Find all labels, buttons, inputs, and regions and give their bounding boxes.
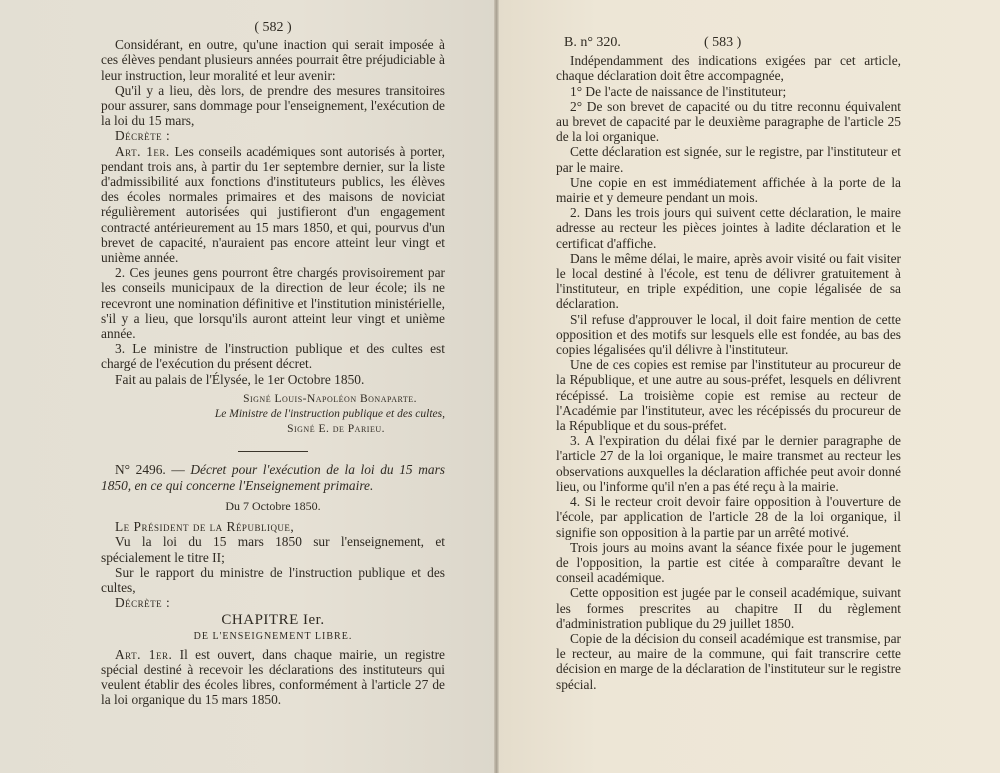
paragraph: 3. A l'expiration du délai fixé par le d… <box>556 433 901 494</box>
left-page: ( 582 ) Considérant, en outre, qu'une in… <box>0 0 497 773</box>
article-label: Art. 1er. <box>115 144 170 159</box>
paragraph: Qu'il y a lieu, dès lors, de prendre des… <box>101 83 445 129</box>
paragraph: S'il refuse d'approuver le local, il doi… <box>556 312 901 358</box>
left-text-column: ( 582 ) Considérant, en outre, qu'une in… <box>101 20 445 708</box>
decrete-heading-2: Décrète : <box>101 595 445 610</box>
article-3: 3. Le ministre de l'instruction publique… <box>101 341 445 371</box>
paragraph: Une copie en est immédiatement affichée … <box>556 175 901 205</box>
article-text: Les conseils académiques sont autorisés … <box>101 144 445 265</box>
fait-line: Fait au palais de l'Élysée, le 1er Octob… <box>101 372 445 387</box>
decrete-heading: Décrète : <box>101 128 445 143</box>
signature-minister-title: Le Ministre de l'instruction publique et… <box>101 407 445 422</box>
page-header-right: B. n° 320. ( 583 ) <box>556 35 901 50</box>
vu-line: Vu la loi du 15 mars 1850 sur l'enseigne… <box>101 534 445 564</box>
page-number-left: ( 582 ) <box>101 20 445 35</box>
president-line: Le Président de la République, <box>101 519 445 534</box>
page-number-right: ( 583 ) <box>704 35 741 50</box>
paragraph: 2. Dans les trois jours qui suivent cett… <box>556 205 901 251</box>
book-gutter <box>494 0 499 773</box>
chapter-title: CHAPITRE Ier. <box>101 613 445 628</box>
article-1: Art. 1er. Les conseils académiques sont … <box>101 144 445 266</box>
article-2: 2. Ces jeunes gens pourront être chargés… <box>101 265 445 341</box>
paragraph: 2° De son brevet de capacité ou du titre… <box>556 99 901 145</box>
paragraph: 1° De l'acte de naissance de l'institute… <box>556 84 901 99</box>
chapter-subtitle: DE L'ENSEIGNEMENT LIBRE. <box>101 629 445 644</box>
bulletin-number: B. n° 320. <box>556 35 704 50</box>
signature-minister: Signé E. de Parieu. <box>101 422 445 437</box>
paragraph: Une de ces copies est remise par l'insti… <box>556 357 901 433</box>
paragraph: Trois jours au moins avant la séance fix… <box>556 540 901 586</box>
signature-president: Signé Louis-Napoléon Bonaparte. <box>101 392 445 407</box>
paragraph: 4. Si le recteur croit devoir faire oppo… <box>556 494 901 540</box>
right-page: B. n° 320. ( 583 ) Indépendamment des in… <box>497 0 1000 773</box>
paragraph: Indépendamment des indications exigées p… <box>556 53 901 83</box>
paragraph: Copie de la décision du conseil académiq… <box>556 631 901 692</box>
article-label: Art. 1er. <box>115 647 172 662</box>
chapter-article-1: Art. 1er. Il est ouvert, dans chaque mai… <box>101 647 445 708</box>
decree-date: Du 7 Octobre 1850. <box>101 499 445 514</box>
sur-line: Sur le rapport du ministre de l'instruct… <box>101 565 445 595</box>
paragraph: Dans le même délai, le maire, après avoi… <box>556 251 901 312</box>
divider-rule <box>238 451 308 452</box>
paragraph: Cette opposition est jugée par le consei… <box>556 585 901 631</box>
decree-heading: N° 2496. — Décret pour l'exécution de la… <box>101 462 445 492</box>
paragraph: Considérant, en outre, qu'une inaction q… <box>101 37 445 83</box>
right-text-column: B. n° 320. ( 583 ) Indépendamment des in… <box>556 35 901 692</box>
paragraph: Cette déclaration est signée, sur le reg… <box>556 144 901 174</box>
decree-number: N° 2496. — <box>115 462 190 477</box>
